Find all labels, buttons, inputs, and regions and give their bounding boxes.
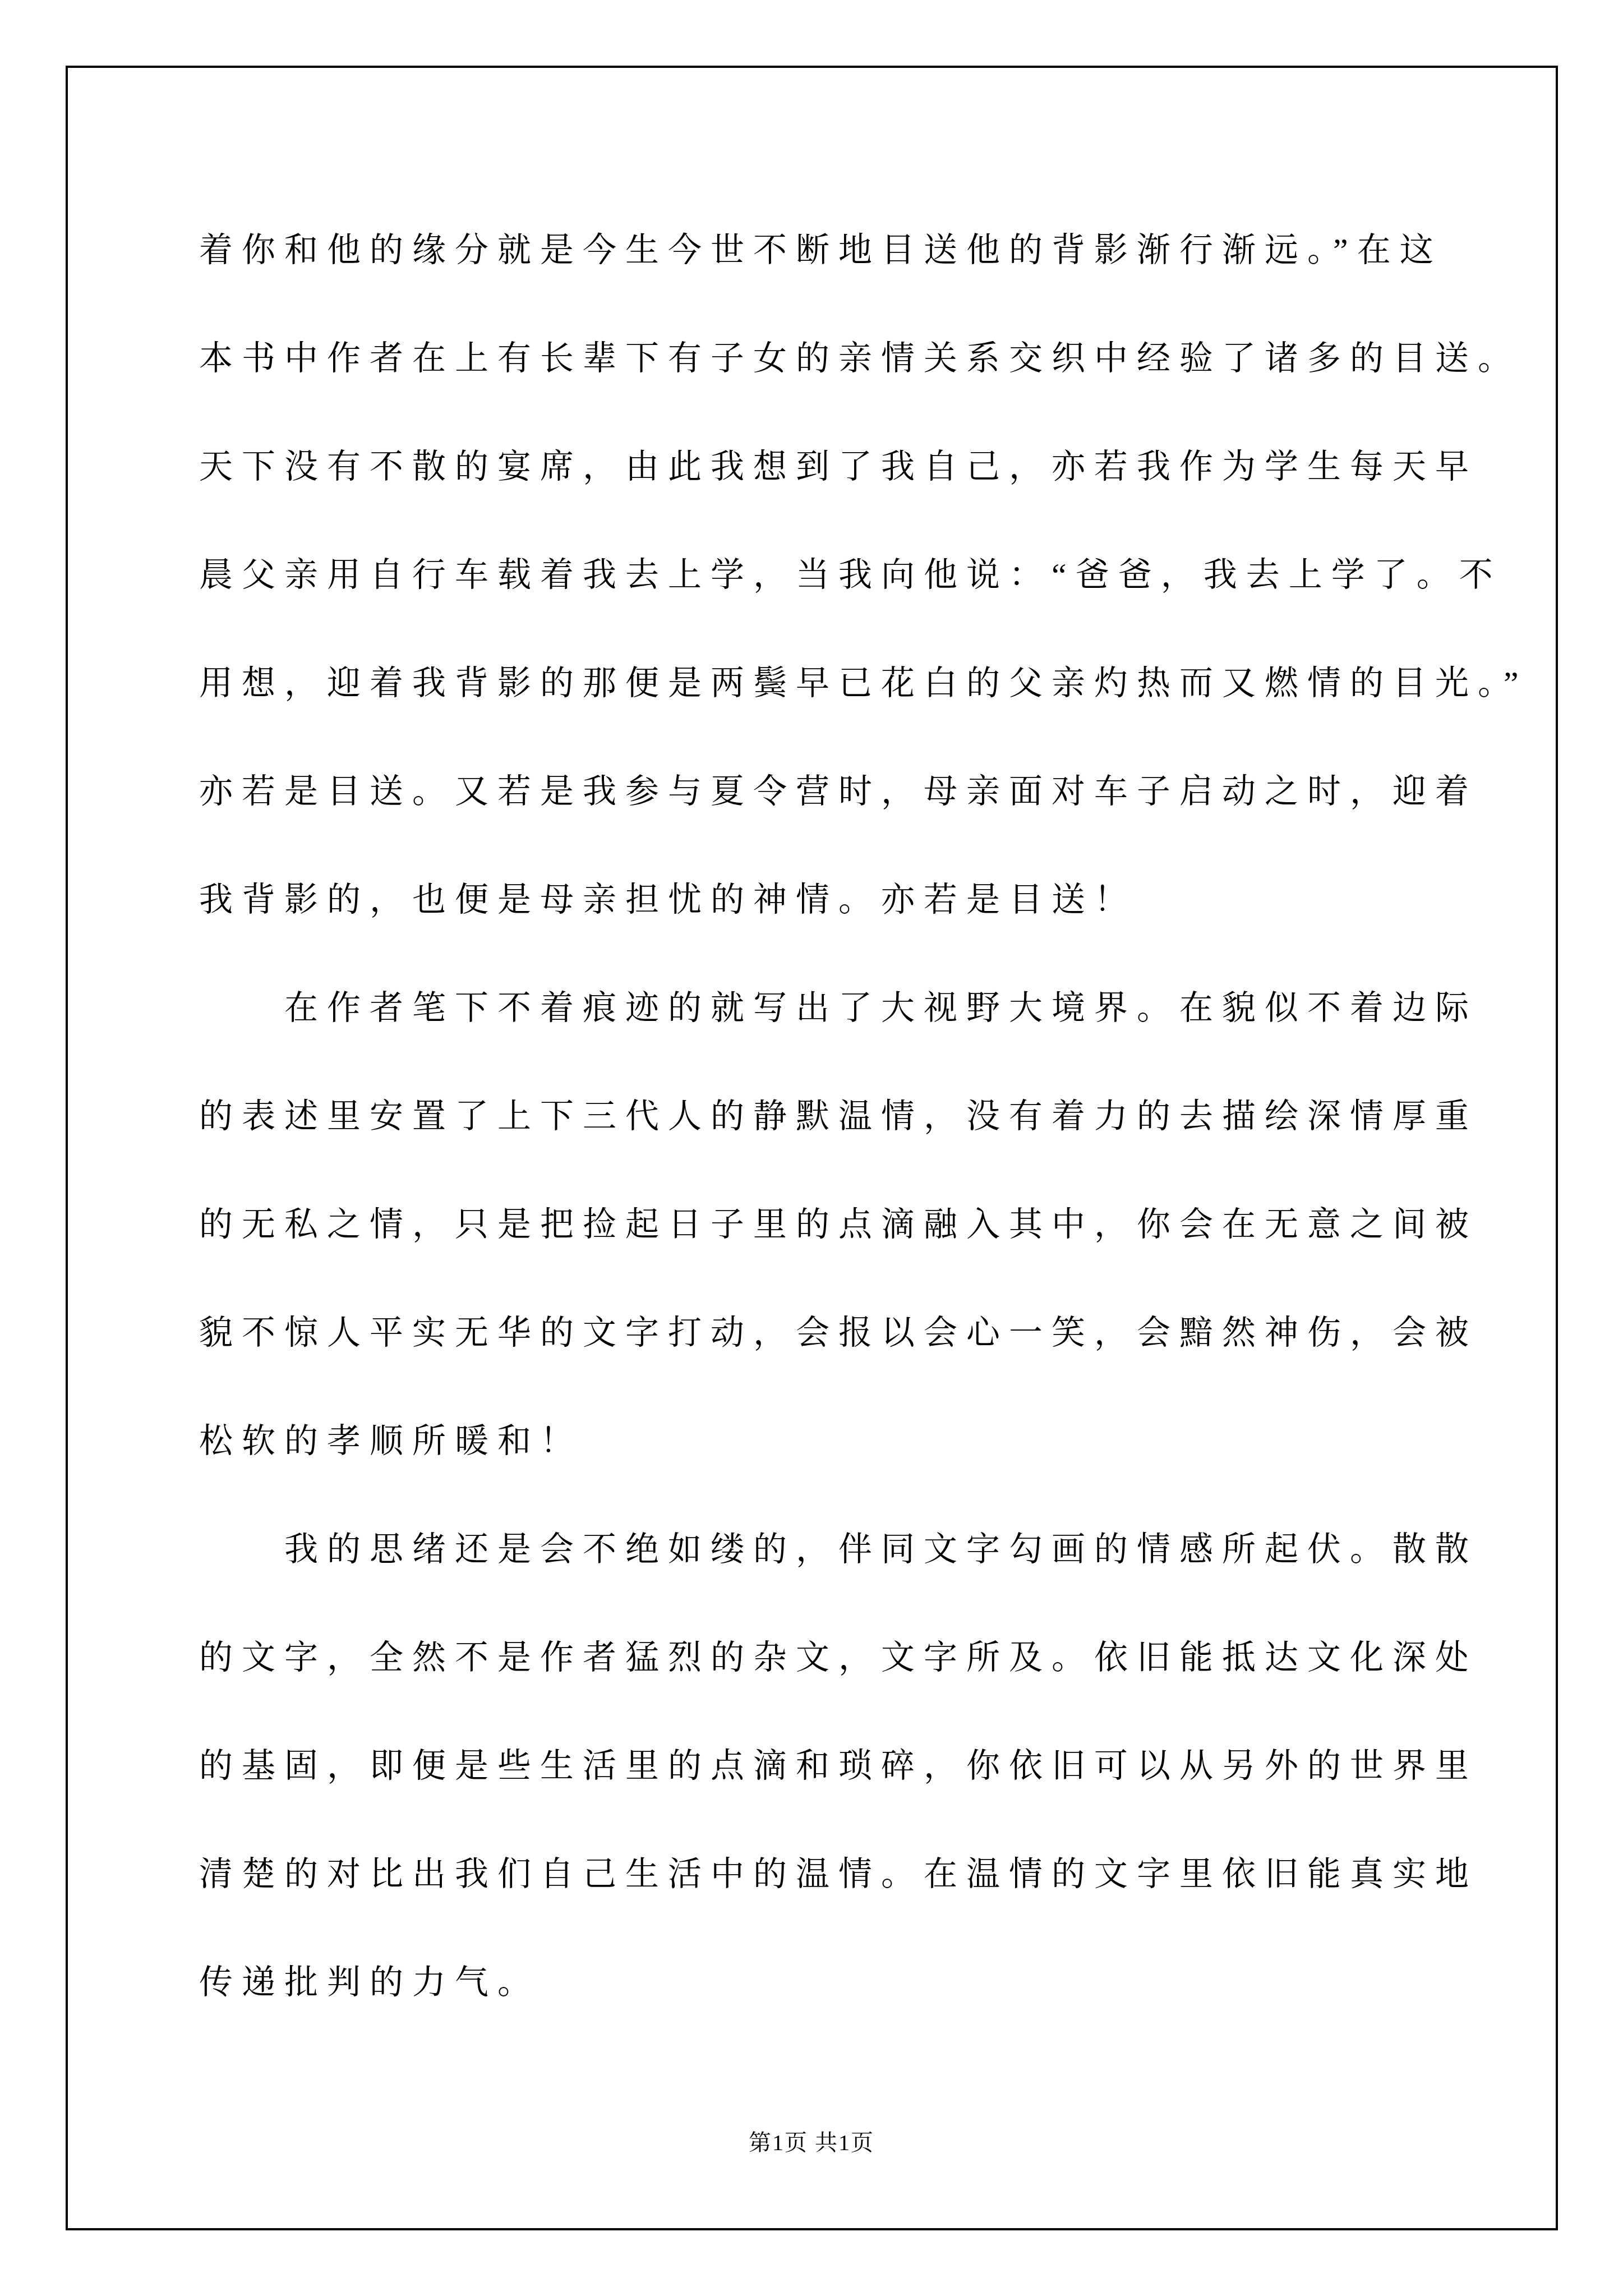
text-line: 松软的孝顺所暖和！ <box>199 1387 1441 1496</box>
text-line: 亦若是目送。又若是我参与夏令营时，母亲面对车子启动之时，迎着 <box>199 738 1441 846</box>
text-line: 貌不惊人平实无华的文字打动，会报以会心一笑，会黯然神伤，会被 <box>199 1279 1441 1387</box>
text-line: 的基固，即便是些生活里的点滴和琐碎，你依旧可以从另外的世界里 <box>199 1712 1441 1820</box>
text-line: 的表述里安置了上下三代人的静默温情，没有着力的去描绘深情厚重 <box>199 1062 1441 1171</box>
text-line: 天下没有不散的宴席，由此我想到了我自己，亦若我作为学生每天早 <box>199 413 1441 521</box>
text-line: 我的思绪还是会不绝如缕的，伴同文字勾画的情感所起伏。散散 <box>199 1496 1441 1604</box>
text-line: 清楚的对比出我们自己生活中的温情。在温情的文字里依旧能真实地 <box>199 1820 1441 1929</box>
text-line: 我背影的，也便是母亲担忧的神情。亦若是目送！ <box>199 846 1441 954</box>
text-line: 本书中作者在上有长辈下有子女的亲情关系交织中经验了诸多的目送。 <box>199 305 1441 413</box>
text-line: 晨父亲用自行车载着我去上学，当我向他说：“爸爸，我去上学了。不 <box>199 521 1441 629</box>
text-line: 传递批判的力气。 <box>199 1929 1441 2037</box>
text-line: 的文字，全然不是作者猛烈的杂文，文字所及。依旧能抵达文化深处 <box>199 1604 1441 1712</box>
page-body: 着你和他的缘分就是今生今世不断地目送他的背影渐行渐远。”在这 本书中作者在上有长… <box>199 196 1441 2037</box>
text-line: 用想，迎着我背影的那便是两鬓早已花白的父亲灼热而又燃情的目光。” <box>199 629 1441 738</box>
text-line: 在作者笔下不着痕迹的就写出了大视野大境界。在貌似不着边际 <box>199 954 1441 1062</box>
page-footer: 第1页 共1页 <box>0 2126 1623 2160</box>
text-line: 的无私之情，只是把捡起日子里的点滴融入其中，你会在无意之间被 <box>199 1171 1441 1279</box>
text-line: 着你和他的缘分就是今生今世不断地目送他的背影渐行渐远。”在这 <box>199 196 1441 305</box>
